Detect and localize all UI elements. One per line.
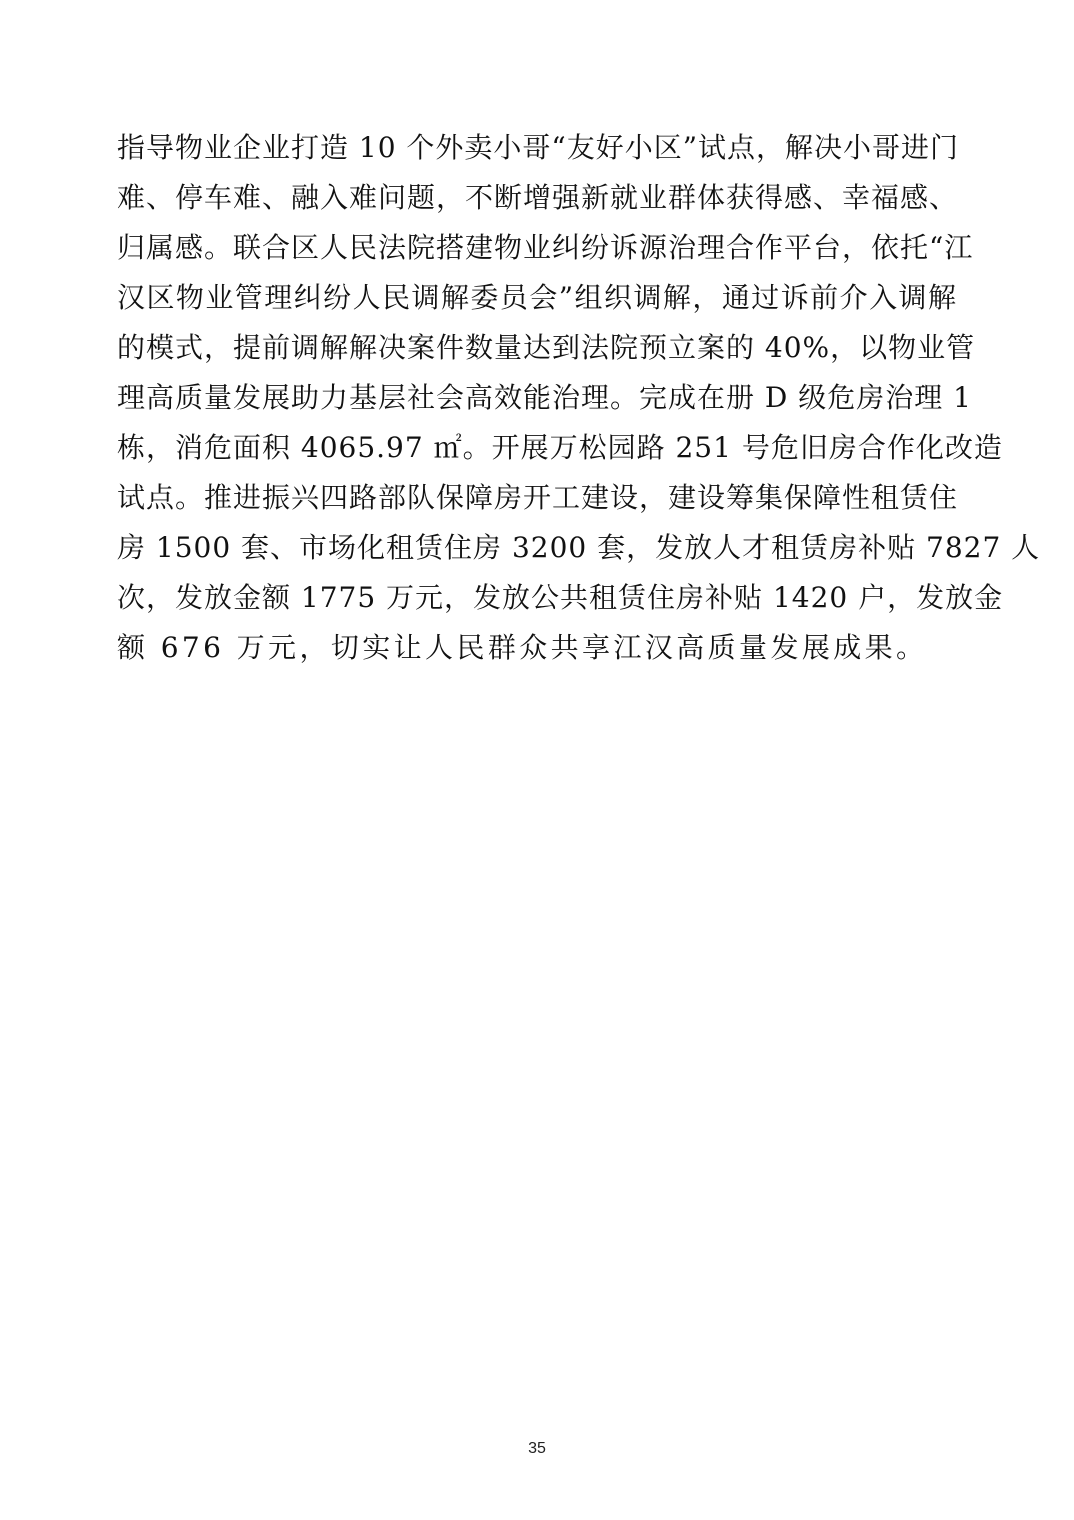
- paragraph-line: 难、停车难、融入难问题，不断增强新就业群体获得感、幸福感、: [117, 173, 957, 223]
- paragraph-line: 汉区物业管理纠纷人民调解委员会”组织调解，通过诉前介入调解: [117, 273, 957, 323]
- paragraph-line: 房 1500 套、市场化租赁住房 3200 套，发放人才租赁房补贴 7827 人: [117, 523, 957, 573]
- document-page: 指导物业企业打造 10 个外卖小哥“友好小区”试点，解决小哥进门 难、停车难、融…: [0, 0, 1074, 1520]
- paragraph-line: 指导物业企业打造 10 个外卖小哥“友好小区”试点，解决小哥进门: [117, 123, 957, 173]
- paragraph-line: 试点。推进振兴四路部队保障房开工建设，建设筹集保障性租赁住: [117, 473, 957, 523]
- paragraph-line: 的模式，提前调解解决案件数量达到法院预立案的 40%，以物业管: [117, 323, 957, 373]
- paragraph-line: 次，发放金额 1775 万元，发放公共租赁住房补贴 1420 户，发放金: [117, 573, 957, 623]
- paragraph-line: 栋，消危面积 4065.97 ㎡。开展万松园路 251 号危旧房合作化改造: [117, 423, 957, 473]
- paragraph-line: 理高质量发展助力基层社会高效能治理。完成在册 D 级危房治理 1: [117, 373, 957, 423]
- paragraph-line-last: 额 676 万元，切实让人民群众共享江汉高质量发展成果。: [117, 623, 957, 673]
- body-paragraph: 指导物业企业打造 10 个外卖小哥“友好小区”试点，解决小哥进门 难、停车难、融…: [117, 123, 957, 673]
- paragraph-line: 归属感。联合区人民法院搭建物业纠纷诉源治理合作平台，依托“江: [117, 223, 957, 273]
- page-number: 35: [0, 1440, 1074, 1458]
